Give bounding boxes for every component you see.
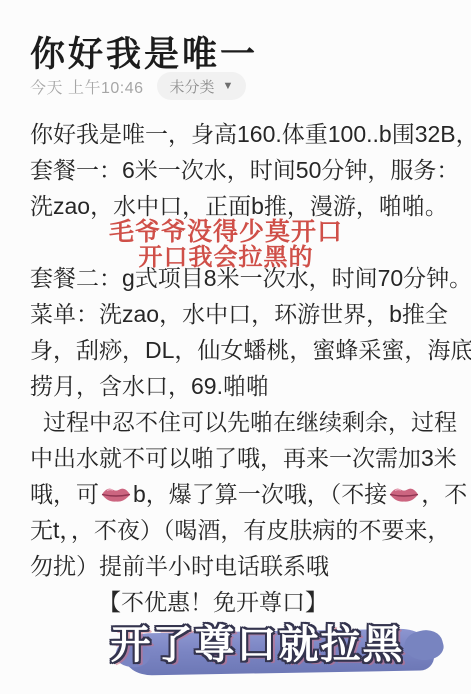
category-label: 未分类 [170,76,215,97]
note-line: 身，刮痧，DL，仙女蟠桃，蜜蜂采蜜，海底 [30,332,460,368]
note-line: 中出水就不可以啪了哦，再来一次需加3米 [30,440,460,476]
note-line-segment: b，爆了算一次哦，（不接 [133,481,387,507]
chevron-down-icon: ▼ [223,81,234,92]
note-line-with-lips: 哦，可b，爆了算一次哦，（不接，不 [30,476,460,512]
note-line-blank [30,224,460,260]
blacklist-sticker-text: 开了尊口就拉黑 [0,613,471,670]
category-selector[interactable]: 未分类 ▼ [157,72,247,100]
note-line: 你好我是唯一，身高160.体重100..b围32B， [30,116,460,152]
note-line: 无t，，不夜）（喝酒，有皮肤病的不要来， [30,512,460,548]
note-timestamp: 今天 上午10:46 [30,75,144,98]
note-line-segment: 哦，可 [30,481,99,507]
note-line: 套餐二：g式项目8米一次水，时间70分钟。 [30,260,460,296]
note-line: 菜单：洗zao，水中口，环游世界，b推全 [30,296,460,332]
note-body[interactable]: 你好我是唯一，身高160.体重100..b围32B， 套餐一：6米一次水，时间5… [30,116,460,620]
lips-icon [388,478,420,497]
note-line: 洗zao，水中口，正面b推，漫游，啪啪。 [30,188,460,224]
note-line: 勿扰）提前半小时电话联系哦 [30,548,460,584]
note-line: 捞月，含水口，69.啪啪 [30,368,460,404]
note-line: 套餐一：6米一次水，时间50分钟，服务： [30,152,460,188]
note-meta: 今天 上午10:46 未分类 ▼ [30,72,246,100]
note-line-segment: ，不 [421,481,467,507]
lips-icon [100,478,132,497]
note-line: 过程中忍不住可以先啪在继续剩余，过程 [30,404,460,440]
note-title[interactable]: 你好我是唯一 [30,33,258,77]
